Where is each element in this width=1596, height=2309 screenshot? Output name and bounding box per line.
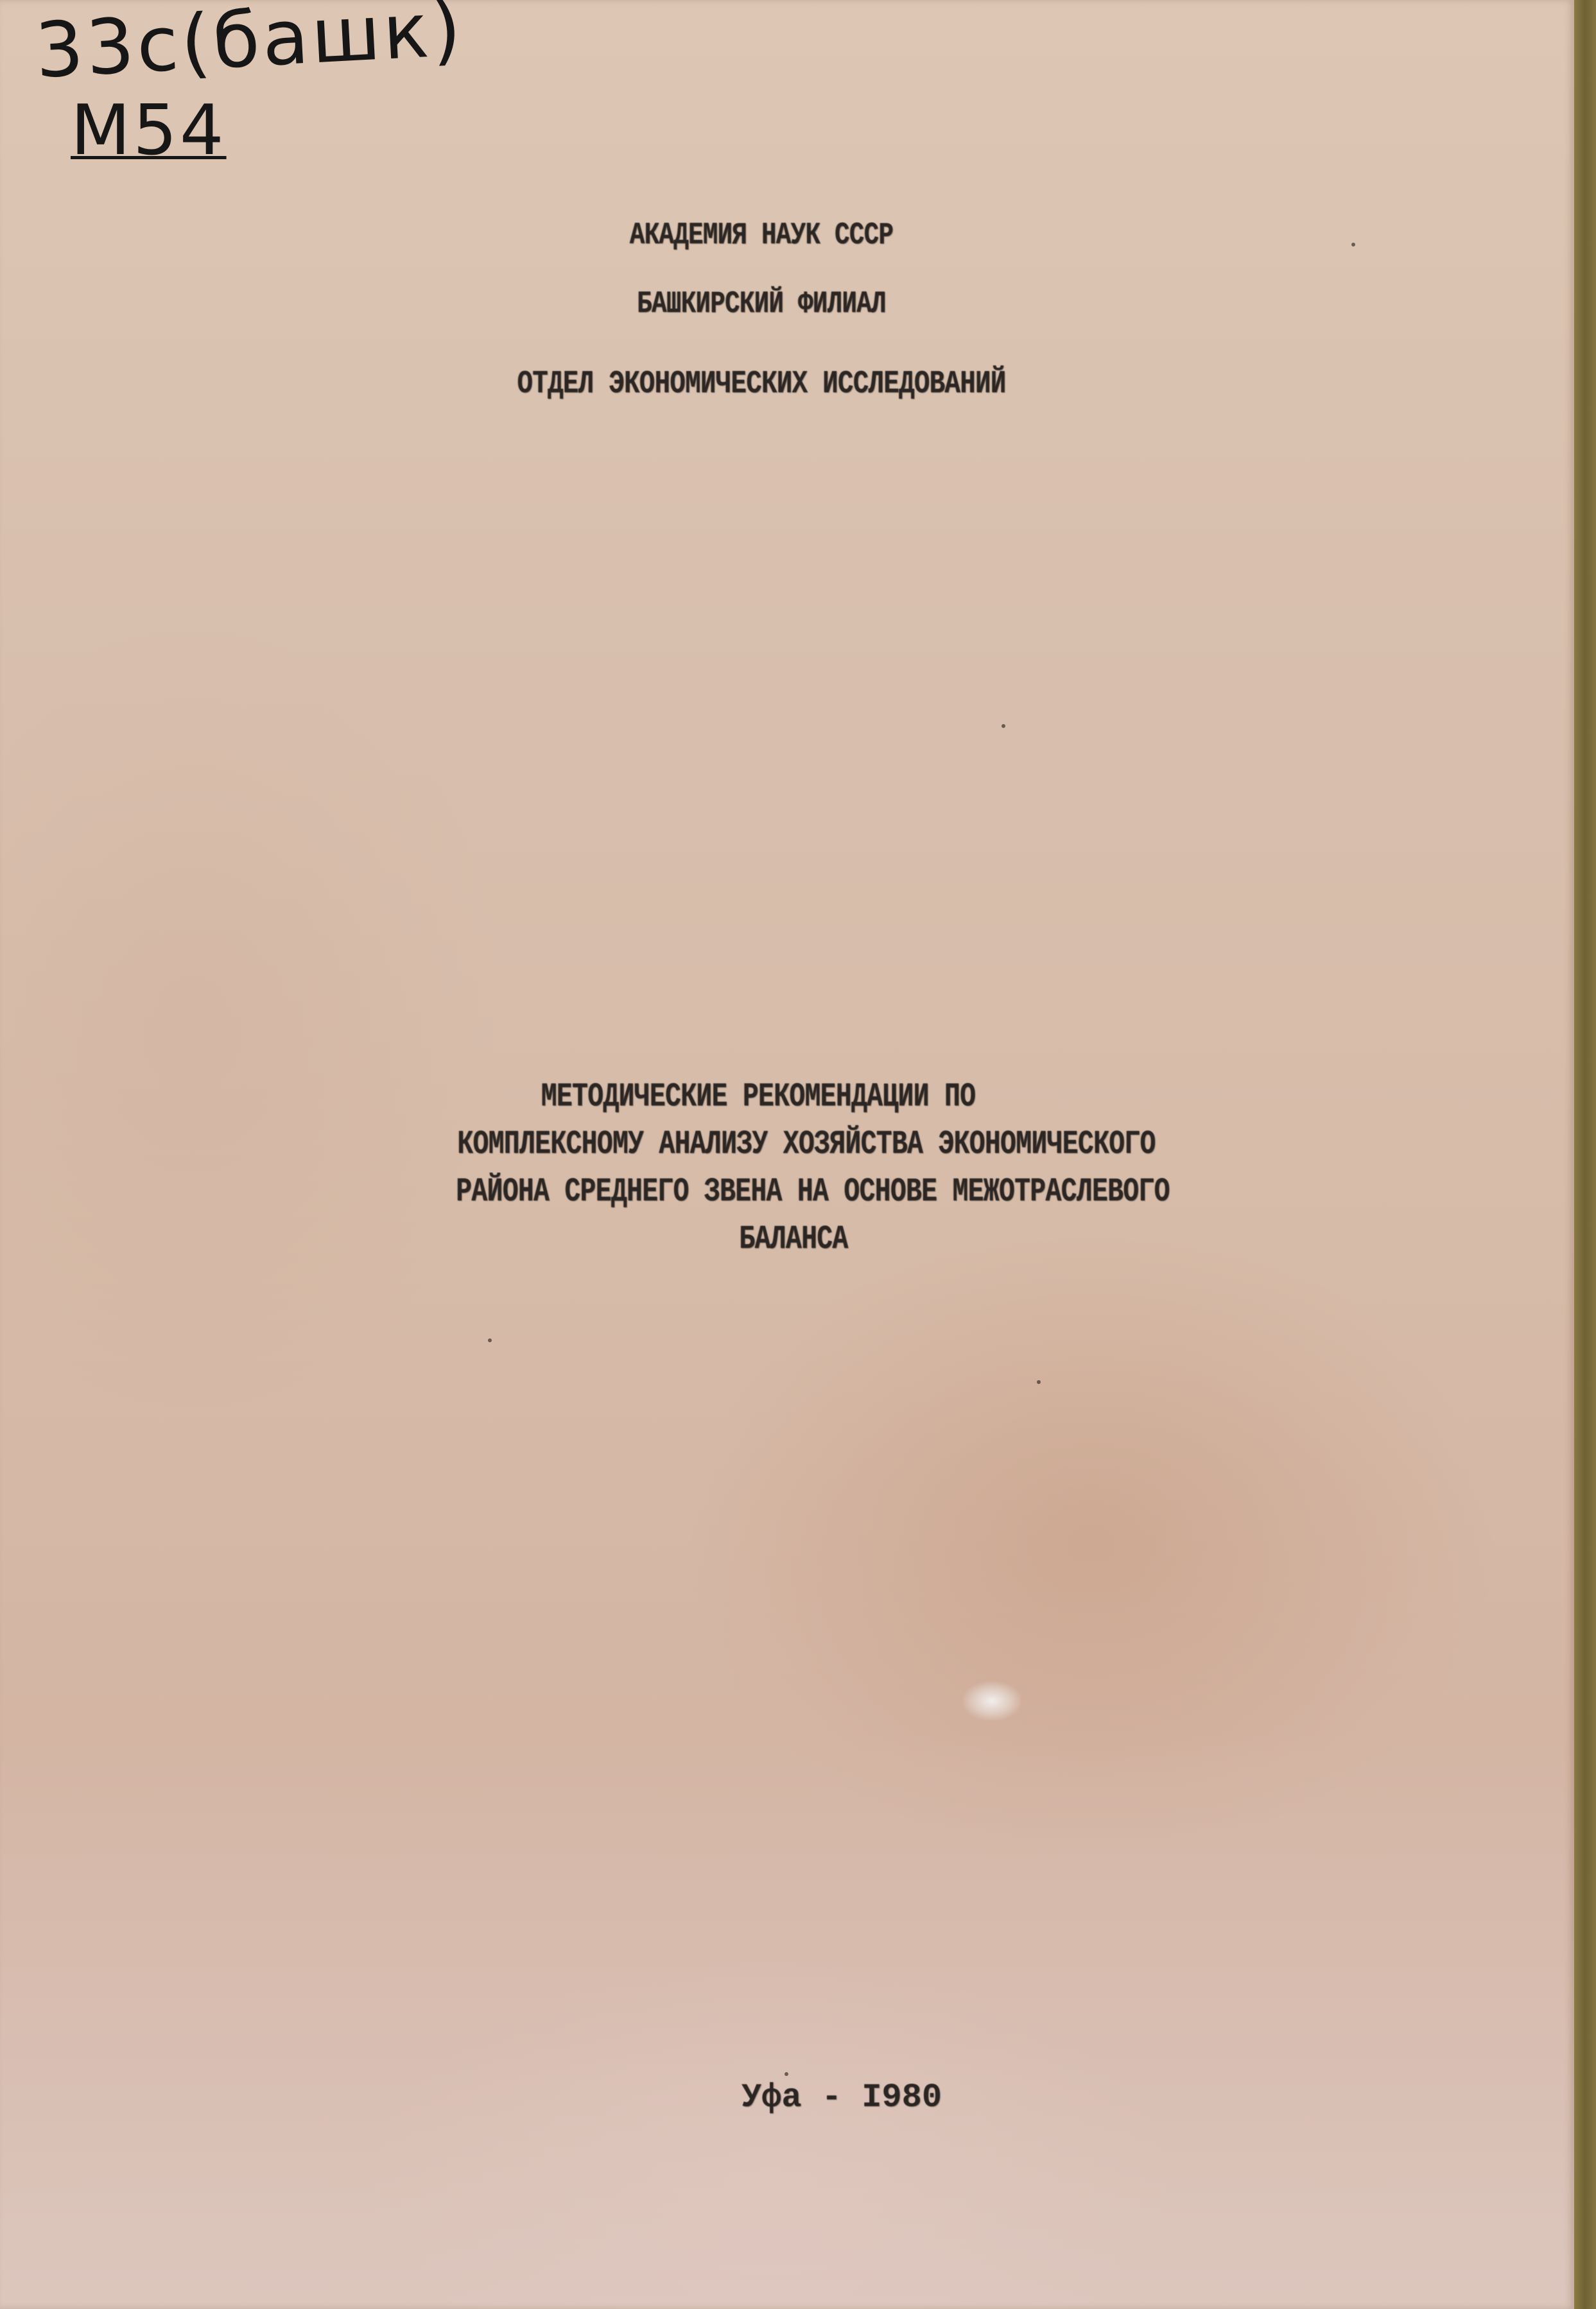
shelfmark-classification: 33с(башк) [33, 0, 465, 89]
document-title: МЕТОДИЧЕСКИЕ РЕКОМЕНДАЦИИ ПО КОМПЛЕКСНОМ… [0, 1073, 1574, 1263]
handwritten-shelfmark: 33с(башк) М54 [35, 13, 464, 166]
organization-department: ОТДЕЛ ЭКОНОМИЧЕСКИХ ИССЛЕДОВАНИЙ [116, 366, 1407, 402]
shelfmark-author-code: М54 [71, 96, 464, 166]
paper-speck [1037, 1380, 1041, 1384]
imprint-place-year: Уфа - I980 [0, 2079, 1574, 2116]
title-line: БАЛАНСА [169, 1216, 1418, 1263]
title-line: МЕТОДИЧЕСКИЕ РЕКОМЕНДАЦИИ ПО [105, 1073, 1411, 1121]
paper-speck [1351, 243, 1355, 246]
paper-speck [785, 2072, 788, 2076]
paper-scuff-mark [963, 1682, 1021, 1720]
title-line: КОМПЛЕКСНОМУ АНАЛИЗУ ХОЗЯЙСТВА ЭКОНОМИЧЕ… [192, 1121, 1421, 1168]
title-line: РАЙОНА СРЕДНЕГО ЗВЕНА НА ОСНОВЕ МЕЖОТРАС… [204, 1168, 1422, 1216]
organization-academy: АКАДЕМИЯ НАУК СССР [116, 218, 1407, 253]
paper-speck [1002, 724, 1005, 728]
background-edge [1574, 0, 1596, 2309]
cover-page: 33с(башк) М54 АКАДЕМИЯ НАУК СССР БАШКИРС… [0, 0, 1574, 2309]
paper-speck [488, 1338, 492, 1342]
organization-branch: БАШКИРСКИЙ ФИЛИАЛ [116, 287, 1407, 322]
